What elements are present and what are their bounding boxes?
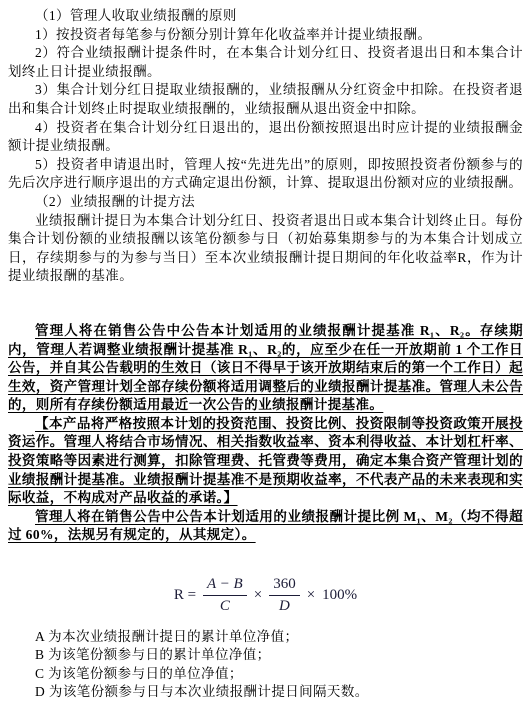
formula-lhs: R = bbox=[174, 586, 196, 605]
para-principle-4: 4）投资者在集合计划分红日退出的，退出份额按照退出时应计提的业绩报酬金额计提业绩… bbox=[8, 119, 523, 156]
fraction-2-denominator: D bbox=[279, 596, 290, 616]
para-principle-5: 5）投资者申请退出时，管理人按“先进先出”的原则，即按照投资者份额参与的先后次序… bbox=[8, 156, 523, 193]
para-principle-2: 2）符合业绩报酬计提条件时，在本集合计划分红日、投资者退出日和本集合计划终止日计… bbox=[8, 44, 523, 81]
para-product-disclosure: 【本产品将严格按照本计划的投资范围、投资比例、投资限制等投资政策开展投资运作。管… bbox=[8, 415, 523, 508]
definition-line-d: D 为该笔份额参与日与本次业绩报酬计提日间隔天数。 bbox=[8, 683, 523, 702]
fraction-2-numerator: 360 bbox=[269, 575, 300, 596]
fraction-1-denominator: C bbox=[220, 596, 230, 616]
multiplication-sign-1: × bbox=[254, 586, 262, 605]
multiplication-sign-2: × bbox=[307, 586, 315, 605]
definition-line-c: C 为该笔份额参与日的单位净值； bbox=[8, 665, 523, 684]
formula-percentage: 100% bbox=[322, 586, 357, 605]
para-accrual-method: 业绩报酬计提日为本集合计划分红日、投资者退出日或本集合计划终止日。每份集合计划份… bbox=[8, 212, 523, 286]
fraction-1-numerator: A − B bbox=[203, 575, 247, 596]
para-ratio-announcement: 管理人将在销售公告中公告本计划适用的业绩报酬计提比例 M₁、M₂（均不得超过 6… bbox=[8, 508, 523, 545]
para-principle-3: 3）集合计划分红日提取业绩报酬的，业绩报酬从分红资金中扣除。在投资者退出和集合计… bbox=[8, 81, 523, 118]
definition-line-b: B 为该笔份额参与日的累计单位净值； bbox=[8, 646, 523, 665]
formula-fraction-1: A − B C bbox=[203, 575, 247, 616]
para-principle-1: 1）按投资者每笔参与份额分别计算年化收益率并计提业绩报酬。 bbox=[8, 26, 523, 45]
para-benchmark-announcement: 管理人将在销售公告中公告本计划适用的业绩报酬计提基准 R₁、R₂。存续期内，管理… bbox=[8, 322, 523, 415]
para-section1-heading: （1）管理人收取业绩报酬的原则 bbox=[8, 7, 523, 26]
document-page: （1）管理人收取业绩报酬的原则 1）按投资者每笔参与份额分别计算年化收益率并计提… bbox=[0, 0, 531, 727]
formula-fraction-2: 360 D bbox=[269, 575, 300, 616]
definition-line-a: A 为本次业绩报酬计提日的累计单位净值； bbox=[8, 628, 523, 647]
para-section2-heading: （2）业绩报酬的计提方法 bbox=[8, 193, 523, 212]
formula-block: R = A − B C × 360 D × 100% bbox=[8, 575, 523, 616]
